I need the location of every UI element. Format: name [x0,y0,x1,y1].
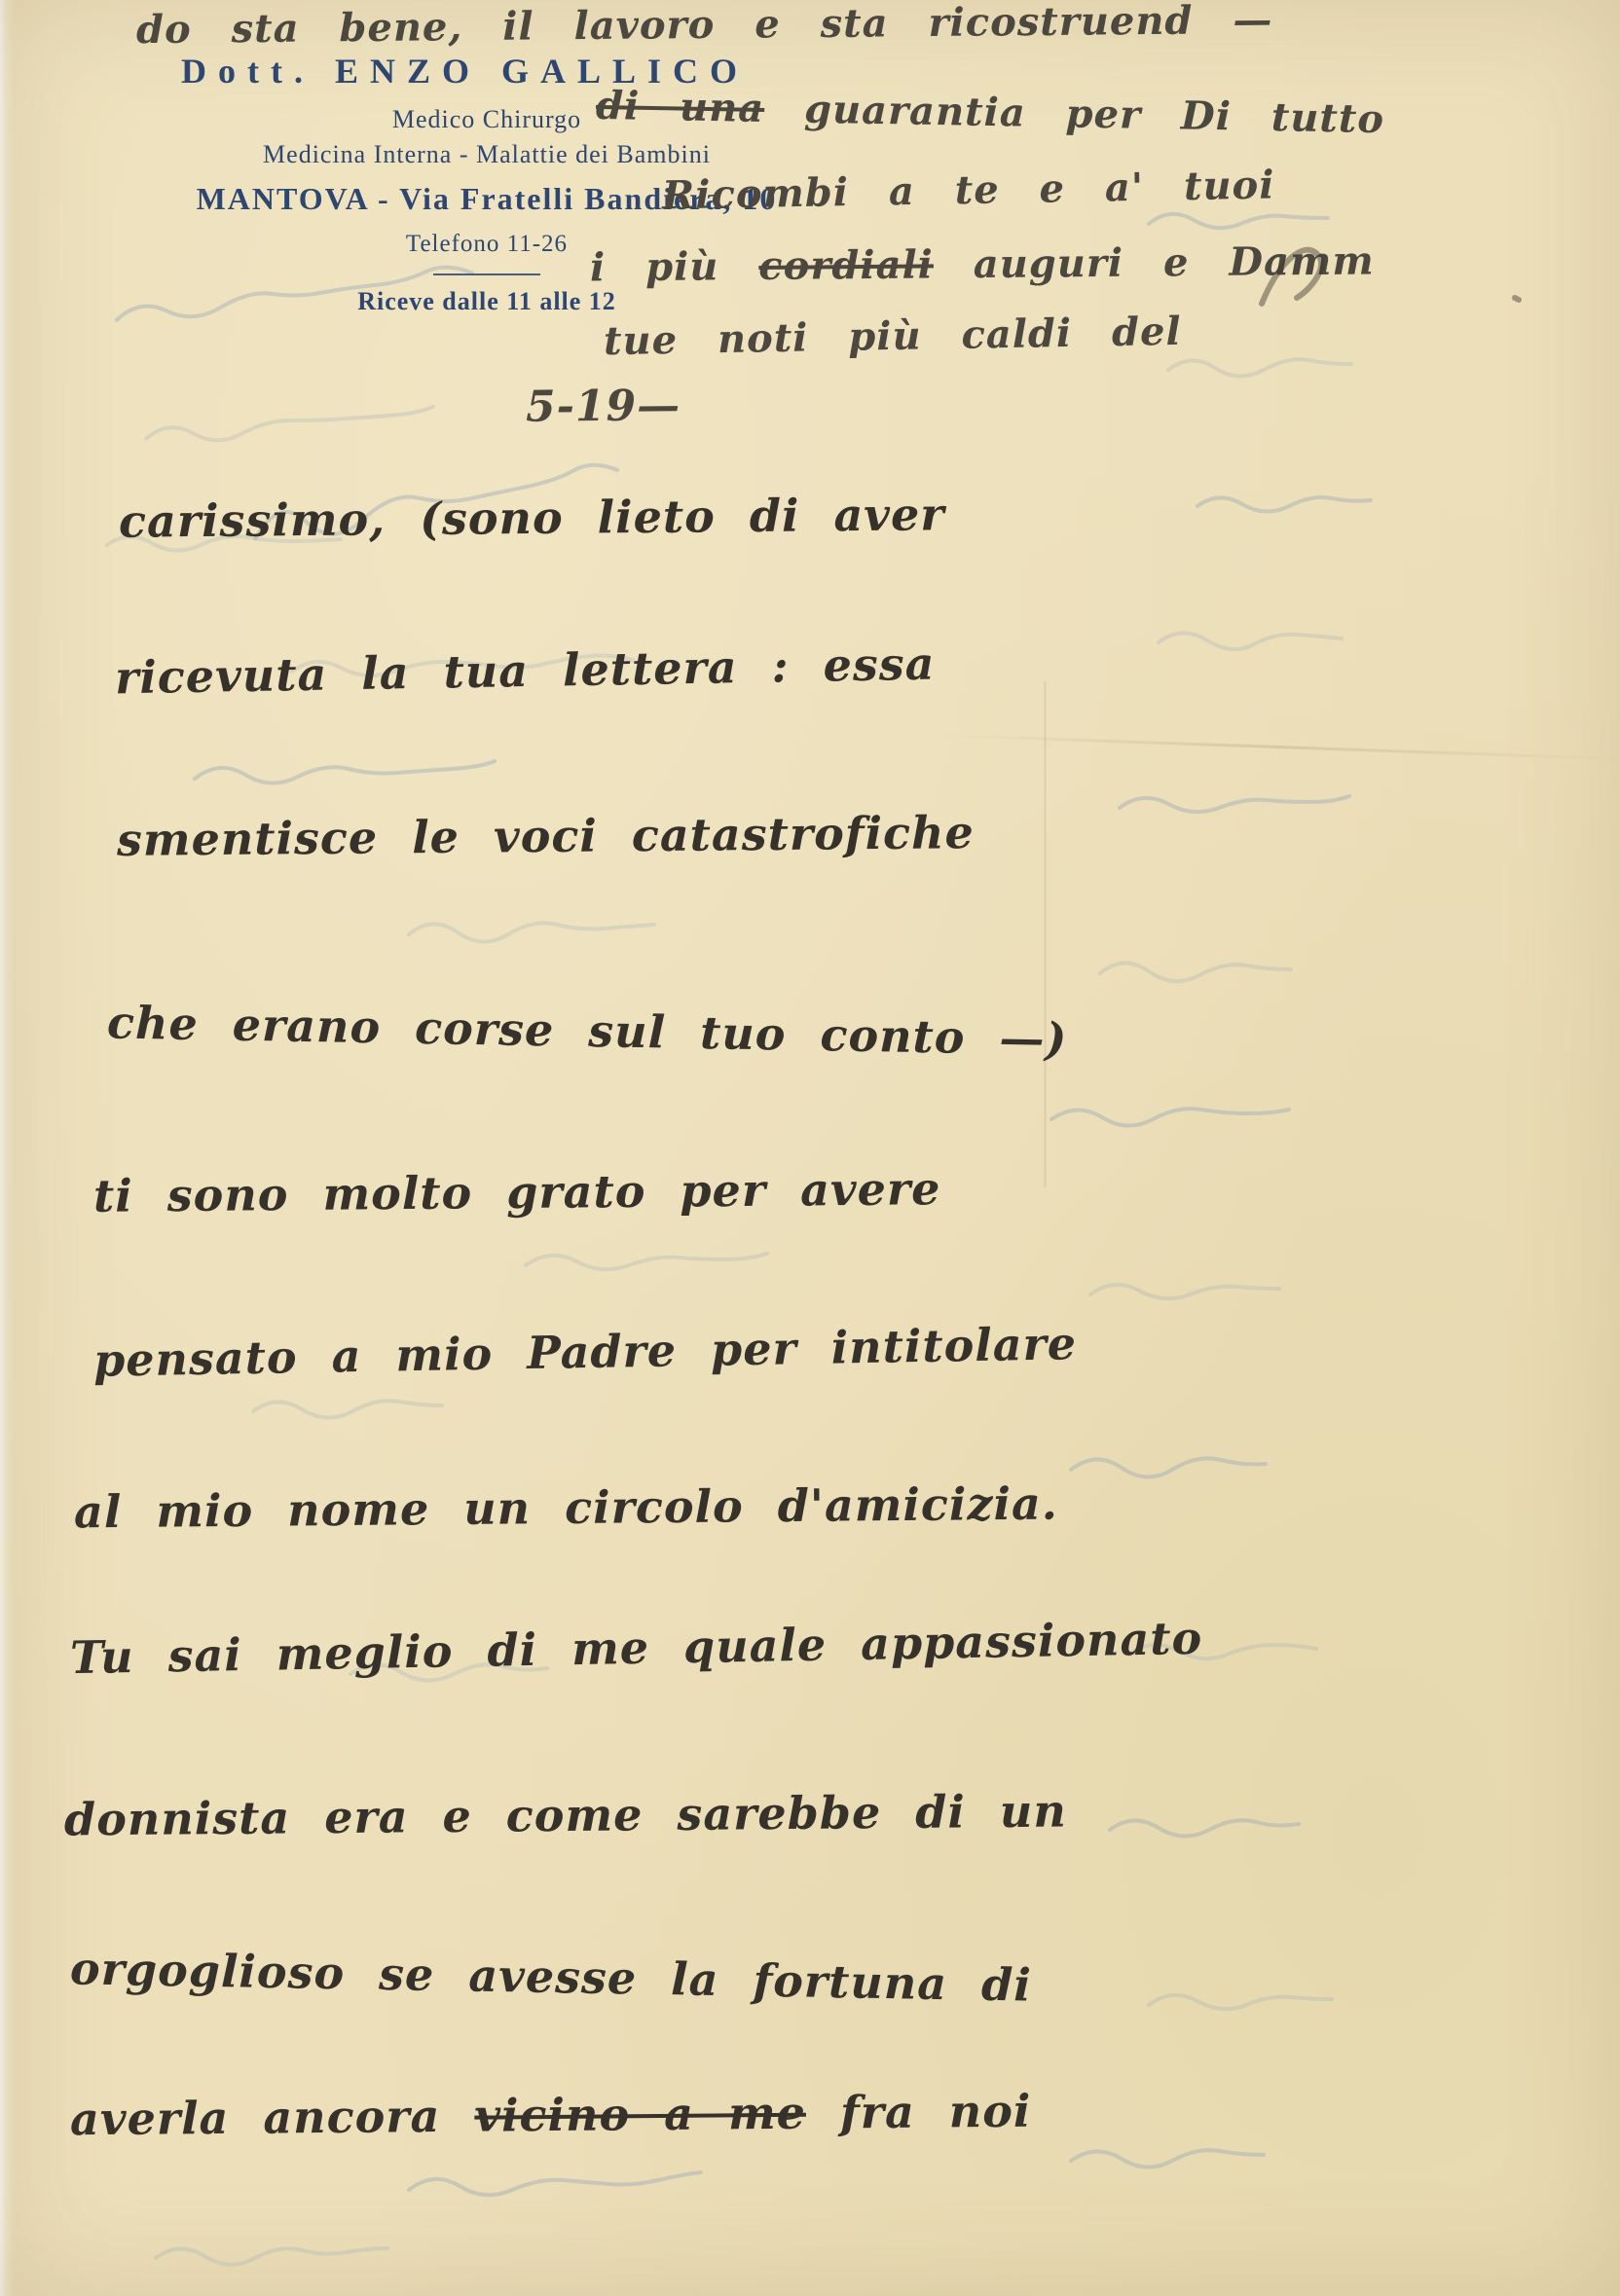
handwritten-top-line-3: Ricombi a te e a' tuoi [662,163,1275,219]
body-line: carissimo, (sono lieto di aver [119,488,945,547]
handwritten-top-line-5: tue noti più caldi del [604,309,1182,364]
struck-words: vicino a me [474,2087,806,2142]
handwritten-top-line-1: do sta bene, il lavoro e sta ricostruend… [136,0,1273,53]
body-line: ti sono molto grato per avere [93,1162,941,1222]
letterhead-specialty: Medicina Interna - Malattie dei Bambini [146,140,828,169]
struck-words: cordiali [758,241,934,289]
handwritten-top-line-4: i più cordiali auguri e Damm [590,237,1375,290]
scanned-letter-page: Dott. ENZO GALLICO Medico Chirurgo Medic… [0,0,1620,2296]
body-line: donnista era e come sarebbe di un [64,1785,1067,1846]
body-line: Tu sai meglio di me quale appassionato [70,1612,1203,1684]
body-line: al mio nome un circolo d'amicizia. [74,1477,1058,1539]
handwritten-date: 5-19— [526,381,681,431]
letterhead-divider [433,273,540,275]
body-line: smentisce le voci catastrofiche [117,806,975,866]
body-line: ricevuta la tua lettera : essa [115,638,936,705]
body-line: orgoglioso se avesse la fortuna di [70,1942,1033,2011]
struck-words: di una [596,83,765,131]
body-line: averla ancora vicino a me fra noi [70,2085,1032,2146]
fold-crease-vertical [1044,681,1047,1187]
body-line: pensato a mio Padre per intitolare [93,1317,1078,1387]
body-line: che erano corse sul tuo conto —) [107,996,1068,1065]
fold-crease-horizontal [935,734,1620,761]
letterhead-hours: Riceve dalle 11 alle 12 [146,287,828,316]
